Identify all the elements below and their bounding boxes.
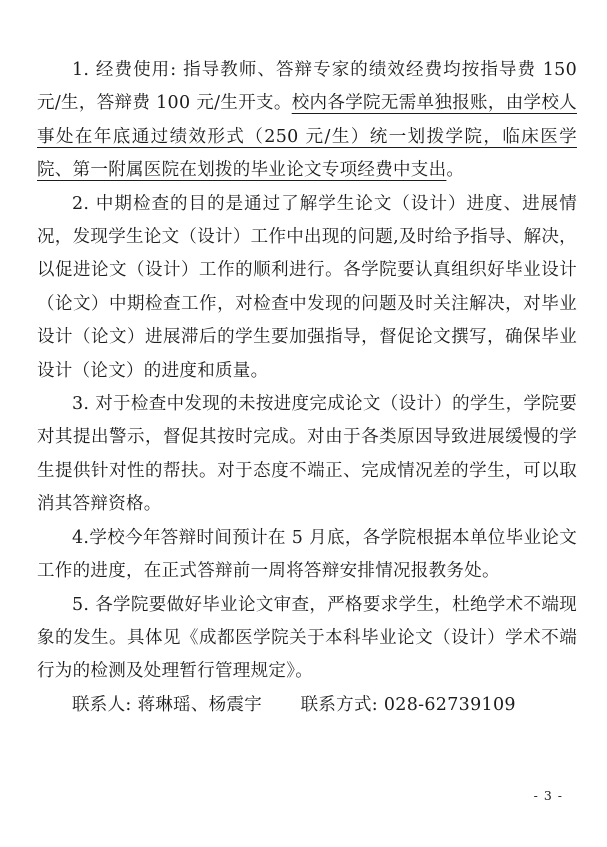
contact-person: 联系人: 蒋琳瑶、杨震宇: [72, 695, 262, 715]
document-body: 1. 经费使用: 指导教师、答辩专家的绩效经费均按指导费 150 元/生，答辩费…: [37, 54, 577, 722]
paragraph-midterm-check: 2. 中期检查的目的是通过了解学生论文（设计）进度、进展情况，发现学生论文（设计…: [37, 188, 577, 388]
contact-line: 联系人: 蒋琳瑶、杨震宇联系方式: 028-62739109: [37, 689, 577, 722]
paragraph-academic-integrity: 5. 各学院要做好毕业论文审查，严格要求学生，杜绝学术不端现象的发生。具体见《成…: [37, 589, 577, 689]
paragraph-progress-warning: 3. 对于检查中发现的未按进度完成论文（设计）的学生，学院要对其提出警示，督促其…: [37, 388, 577, 522]
page-number: - 3 -: [534, 788, 563, 803]
paragraph-funding: 1. 经费使用: 指导教师、答辩专家的绩效经费均按指导费 150 元/生，答辩费…: [37, 54, 577, 188]
paragraph-funding-tail: 。: [446, 160, 464, 180]
contact-phone: 联系方式: 028-62739109: [301, 695, 516, 715]
document-page: 1. 经费使用: 指导教师、答辩专家的绩效经费均按指导费 150 元/生，答辩费…: [0, 0, 607, 847]
paragraph-defense-schedule: 4.学校今年答辩时间预计在 5 月底，各学院根据本单位毕业论文工作的进度，在正式…: [37, 522, 577, 589]
